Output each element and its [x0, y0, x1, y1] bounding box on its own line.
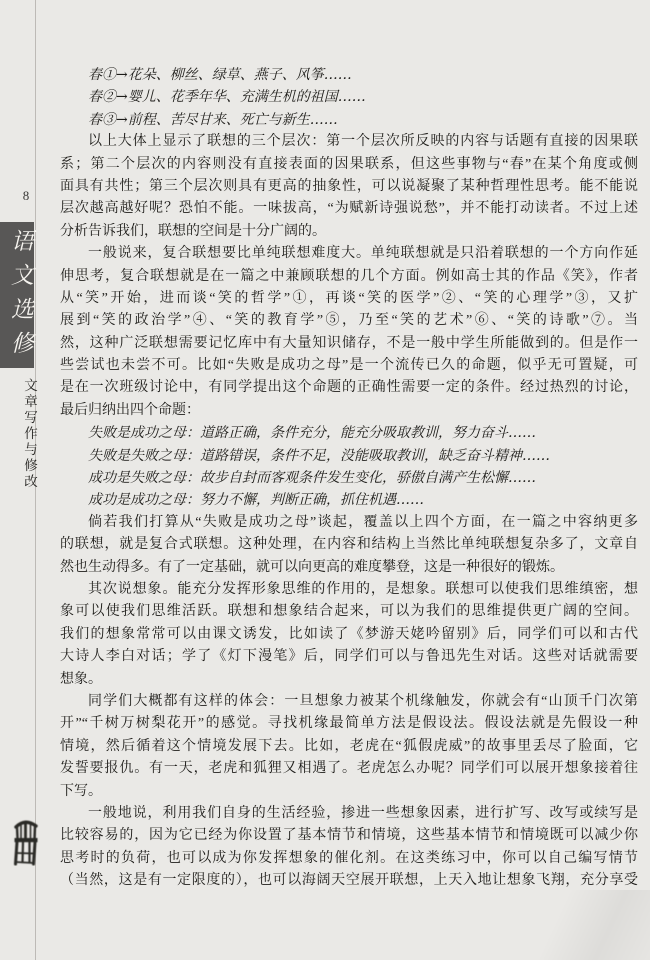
book-subtitle: 文章写作与修改 — [21, 378, 38, 490]
text-line: 面具有共性；第三个层次则具有更高的抽象性，可以说凝聚了某种哲理性思考。能不能说 — [60, 176, 638, 198]
text-block: 春①→花朵、柳丝、绿草、燕子、风筝……春②→婴儿、花季年华、充满生机的祖国……春… — [60, 64, 638, 892]
page-curl-shadow — [430, 890, 650, 960]
text-line: 其次说想象。能充分发挥形象思维的作用的，是想象。联想可以使我们思维缜密，想 — [60, 579, 638, 601]
text-line: 从“笑”开始，进而谈“笑的哲学”①，再谈“笑的医学”②、“笑的心理学”③，又扩 — [60, 288, 638, 310]
text-line: 大诗人李白对话；学了《灯下漫笔》后，同学们可以与鲁迅先生对话。这些对话就需要 — [60, 646, 638, 668]
text-line: 展到“笑的政治学”④、“笑的教育学”⑤，乃至“笑的艺术”⑥、“笑的诗歌”⑦。当 — [60, 310, 638, 332]
series-title: 语文选修 — [3, 229, 37, 365]
text-line: 然也生动得多。有了一定基础，就可以向更高的难度攀登，这是一种很好的锻炼。 — [60, 557, 638, 579]
text-line: 同学们大概都有这样的体会：一旦想象力被某个机缘触发，你就会有“山顶千门次第 — [60, 691, 638, 713]
page-number: 8 — [18, 188, 34, 204]
text-line: 一般说来，复合联想要比单纯联想难度大。单纯联想就是只沿着联想的一个方向作延 — [60, 243, 638, 265]
text-line: 比较容易的，因为它已经为你设置了基本情节和情境，这些基本情节和情境既可以减少你 — [60, 825, 638, 847]
text-line: 成功是失败之母：故步自封而客观条件发生变化，骄傲自满产生松懈…… — [60, 467, 638, 489]
text-line: 春②→婴儿、花季年华、充满生机的祖国…… — [60, 86, 638, 108]
chair-illustration-icon — [12, 818, 40, 866]
text-line: 系；第二个层次的内容则没有直接表面的因果联系，但这些事物与“春”在某个角度或侧 — [60, 154, 638, 176]
text-line: 以上大体上显示了联想的三个层次：第一个层次所反映的内容与话题有直接的因果联 — [60, 131, 638, 153]
text-line: 失败是成功之母：道路正确，条件充分，能充分吸取教训，努力奋斗…… — [60, 422, 638, 444]
text-line: 春③→前程、苦尽甘来、死亡与新生…… — [60, 109, 638, 131]
text-line: 失败是失败之母：道路错误，条件不足，没能吸取教训，缺乏奋斗精神…… — [60, 445, 638, 467]
text-line: 分析告诉我们，联想的空间是十分广阔的。 — [60, 221, 638, 243]
text-line: 的联想，就是复合式联想。这种处理，在内容和结构上当然比单纯联想复杂多了，文章自 — [60, 534, 638, 556]
text-line: 成功是成功之母：努力不懈，判断正确，抓住机遇…… — [60, 489, 638, 511]
text-line: 最后归纳出四个命题： — [60, 400, 638, 422]
text-line: 我们的想象常常可以由课文诱发，比如读了《梦游天姥吟留别》后，同学们可以和古代 — [60, 624, 638, 646]
text-line: 思考时的负荷，也可以成为你发挥想象的催化剂。在这类练习中，你可以自己编写情节 — [60, 848, 638, 870]
text-line: 然，这种广泛联想需要记忆库中有大量知识储存，不是一般中学生所能做到的。但是作一 — [60, 333, 638, 355]
text-line: 层次越高越好呢？恐怕不能。一味拔高，“为赋新诗强说愁”，并不能打动读者。不过上述 — [60, 198, 638, 220]
text-line: 开”“千树万树梨花开”的感觉。寻找机缘最简单方法是假设法。假设法就是先假设一种 — [60, 713, 638, 735]
text-line: 情境，然后循着这个情境发展下去。比如，老虎在“狐假虎威”的故事里丢尽了脸面，它 — [60, 736, 638, 758]
text-line: 发誓要报仇。有一天，老虎和狐狸又相遇了。老虎怎么办呢？同学们可以展开想象接着往 — [60, 758, 638, 780]
text-line: 想象。 — [60, 669, 638, 691]
text-line: 些尝试也未尝不可。比如“失败是成功之母”是一个流传已久的命题，似乎无可置疑，可 — [60, 355, 638, 377]
text-line: （当然，这是有一定限度的），也可以海阔天空展开联想，上天入地让想象飞翔，充分享受 — [60, 870, 638, 892]
text-line: 象可以使我们思维活跃。联想和想象结合起来，可以为我们的思维提供更广阔的空间。 — [60, 601, 638, 623]
text-line: 下写。 — [60, 781, 638, 803]
series-title-box: 语文选修 — [0, 222, 34, 368]
text-line: 倘若我们打算从“失败是成功之母”谈起，覆盖以上四个方面，在一篇之中容纳更多 — [60, 512, 638, 534]
text-line: 春①→花朵、柳丝、绿草、燕子、风筝…… — [60, 64, 638, 86]
text-line: 伸思考，复合联想就是在一篇之中兼顾联想的几个方面。例如高士其的作品《笑》，作者 — [60, 266, 638, 288]
text-line: 一般地说，利用我们自身的生活经验，掺进一些想象因素，进行扩写、改写或续写是 — [60, 803, 638, 825]
text-line: 是在一次班级讨论中，有同学提出这个命题的正确性需要一定的条件。经过热烈的讨论， — [60, 377, 638, 399]
textbook-page: 8 语文选修 文章写作与修改 — [0, 0, 650, 960]
